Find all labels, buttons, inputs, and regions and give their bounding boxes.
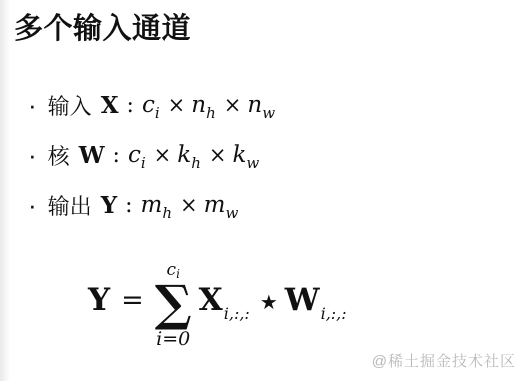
bullet-input-expression: ci×nh×nw bbox=[142, 92, 277, 118]
page-left-shadow bbox=[0, 0, 12, 381]
bullet-output-variable: Y bbox=[101, 192, 117, 219]
bullet-list: · 输入 X : ci×nh×nw · 核 W : ci×kh×kw · 输出 … bbox=[28, 80, 277, 230]
summation-lower-limit: i=0 bbox=[156, 330, 190, 349]
bullet-output-colon: : bbox=[125, 193, 132, 218]
bullet-kernel-label: 核 bbox=[48, 140, 70, 171]
bullet-kernel-expression: ci×kh×kw bbox=[128, 142, 261, 168]
times-operator: × bbox=[168, 93, 186, 117]
times-operator: × bbox=[154, 143, 172, 167]
equals-sign: = bbox=[121, 285, 144, 316]
formula-term-x: Xi,:,: bbox=[199, 282, 250, 318]
times-operator: × bbox=[180, 193, 198, 217]
bullet-input-label: 输入 bbox=[48, 90, 92, 121]
bullet-marker: · bbox=[28, 192, 37, 218]
bullet-kernel-variable: W bbox=[79, 142, 105, 169]
bullet-marker: · bbox=[28, 142, 37, 168]
summation: ci ∑ i=0 bbox=[155, 262, 192, 349]
bullet-output: · 输出 Y : mh×mw bbox=[28, 180, 277, 230]
page-title: 多个输入通道 bbox=[14, 6, 191, 47]
bullet-input-colon: : bbox=[127, 93, 134, 118]
formula-lhs: Y bbox=[88, 282, 110, 318]
channel-sum-formula: Y = ci ∑ i=0 Xi,:,: ★ Wi,:,: bbox=[88, 262, 347, 349]
times-operator: × bbox=[209, 143, 227, 167]
star-operator: ★ bbox=[260, 290, 278, 314]
times-operator: × bbox=[224, 93, 242, 117]
bullet-input: · 输入 X : ci×nh×nw bbox=[28, 80, 277, 130]
watermark: @稀土掘金技术社区 bbox=[372, 350, 516, 371]
bullet-kernel-colon: : bbox=[113, 143, 120, 168]
bullet-output-label: 输出 bbox=[48, 190, 92, 221]
formula-term-w: Wi,:,: bbox=[285, 282, 347, 318]
bullet-kernel: · 核 W : ci×kh×kw bbox=[28, 130, 277, 180]
bullet-output-expression: mh×mw bbox=[141, 192, 241, 218]
sigma-symbol: ∑ bbox=[155, 280, 192, 327]
bullet-input-variable: X bbox=[101, 92, 119, 119]
bullet-marker: · bbox=[28, 92, 37, 118]
